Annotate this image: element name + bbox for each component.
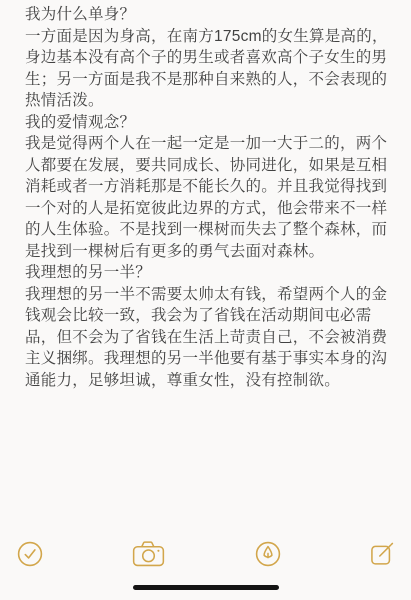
note-line: 是找到一棵树后有更多的勇气去面对森林。: [25, 241, 395, 263]
markup-pen-icon: [255, 541, 281, 567]
compose-button[interactable]: [370, 541, 395, 566]
checklist-button[interactable]: [17, 541, 43, 567]
bottom-toolbar: [17, 540, 395, 567]
note-line: 人都要在发展，要共同成长、协同进化，如果是互相: [25, 155, 395, 177]
note-line: 品，但不会为了省钱在生活上苛责自己，不会被消费: [25, 327, 395, 349]
notes-app-screen: 我为什么单身？ 一方面是因为身高，在南方175cm的女生算是高的， 身边基本没有…: [0, 0, 411, 600]
compose-icon: [370, 541, 395, 566]
note-line: 我理想的另一半？: [25, 262, 395, 284]
note-line: 消耗或者一方消耗那是不能长久的。并且我觉得找到: [25, 176, 395, 198]
note-line: 通能力，足够坦诚，尊重女性，没有控制欲。: [25, 370, 395, 392]
note-line: 热情活泼。: [25, 90, 395, 112]
note-line: 的人生体验。不是找到一棵树而失去了整个森林，而: [25, 219, 395, 241]
markup-button[interactable]: [255, 541, 281, 567]
note-body[interactable]: 我为什么单身？ 一方面是因为身高，在南方175cm的女生算是高的， 身边基本没有…: [25, 4, 395, 391]
note-line: 生；另一方面是我不是那种自来熟的人，不会表现的: [25, 69, 395, 91]
note-line: 身边基本没有高个子的男生或者喜欢高个子女生的男: [25, 47, 395, 69]
note-line: 我为什么单身？: [25, 4, 395, 26]
note-line: 主义捆绑。我理想的另一半他要有基于事实本身的沟: [25, 348, 395, 370]
note-line: 钱观会比较一致，我会为了省钱在活动期间屯必需: [25, 305, 395, 327]
home-indicator[interactable]: [133, 585, 279, 590]
checkmark-circle-icon: [17, 541, 43, 567]
note-line: 我的爱情观念？: [25, 112, 395, 134]
note-line: 我是觉得两个人在一起一定是一加一大于二的，两个: [25, 133, 395, 155]
camera-button[interactable]: [132, 540, 165, 567]
camera-icon: [132, 540, 165, 567]
note-line: 一个对的人是拓宽彼此边界的方式，他会带来不一样: [25, 198, 395, 220]
note-line: 我理想的另一半不需要太帅太有钱，希望两个人的金: [25, 284, 395, 306]
note-line: 一方面是因为身高，在南方175cm的女生算是高的，: [25, 26, 395, 48]
